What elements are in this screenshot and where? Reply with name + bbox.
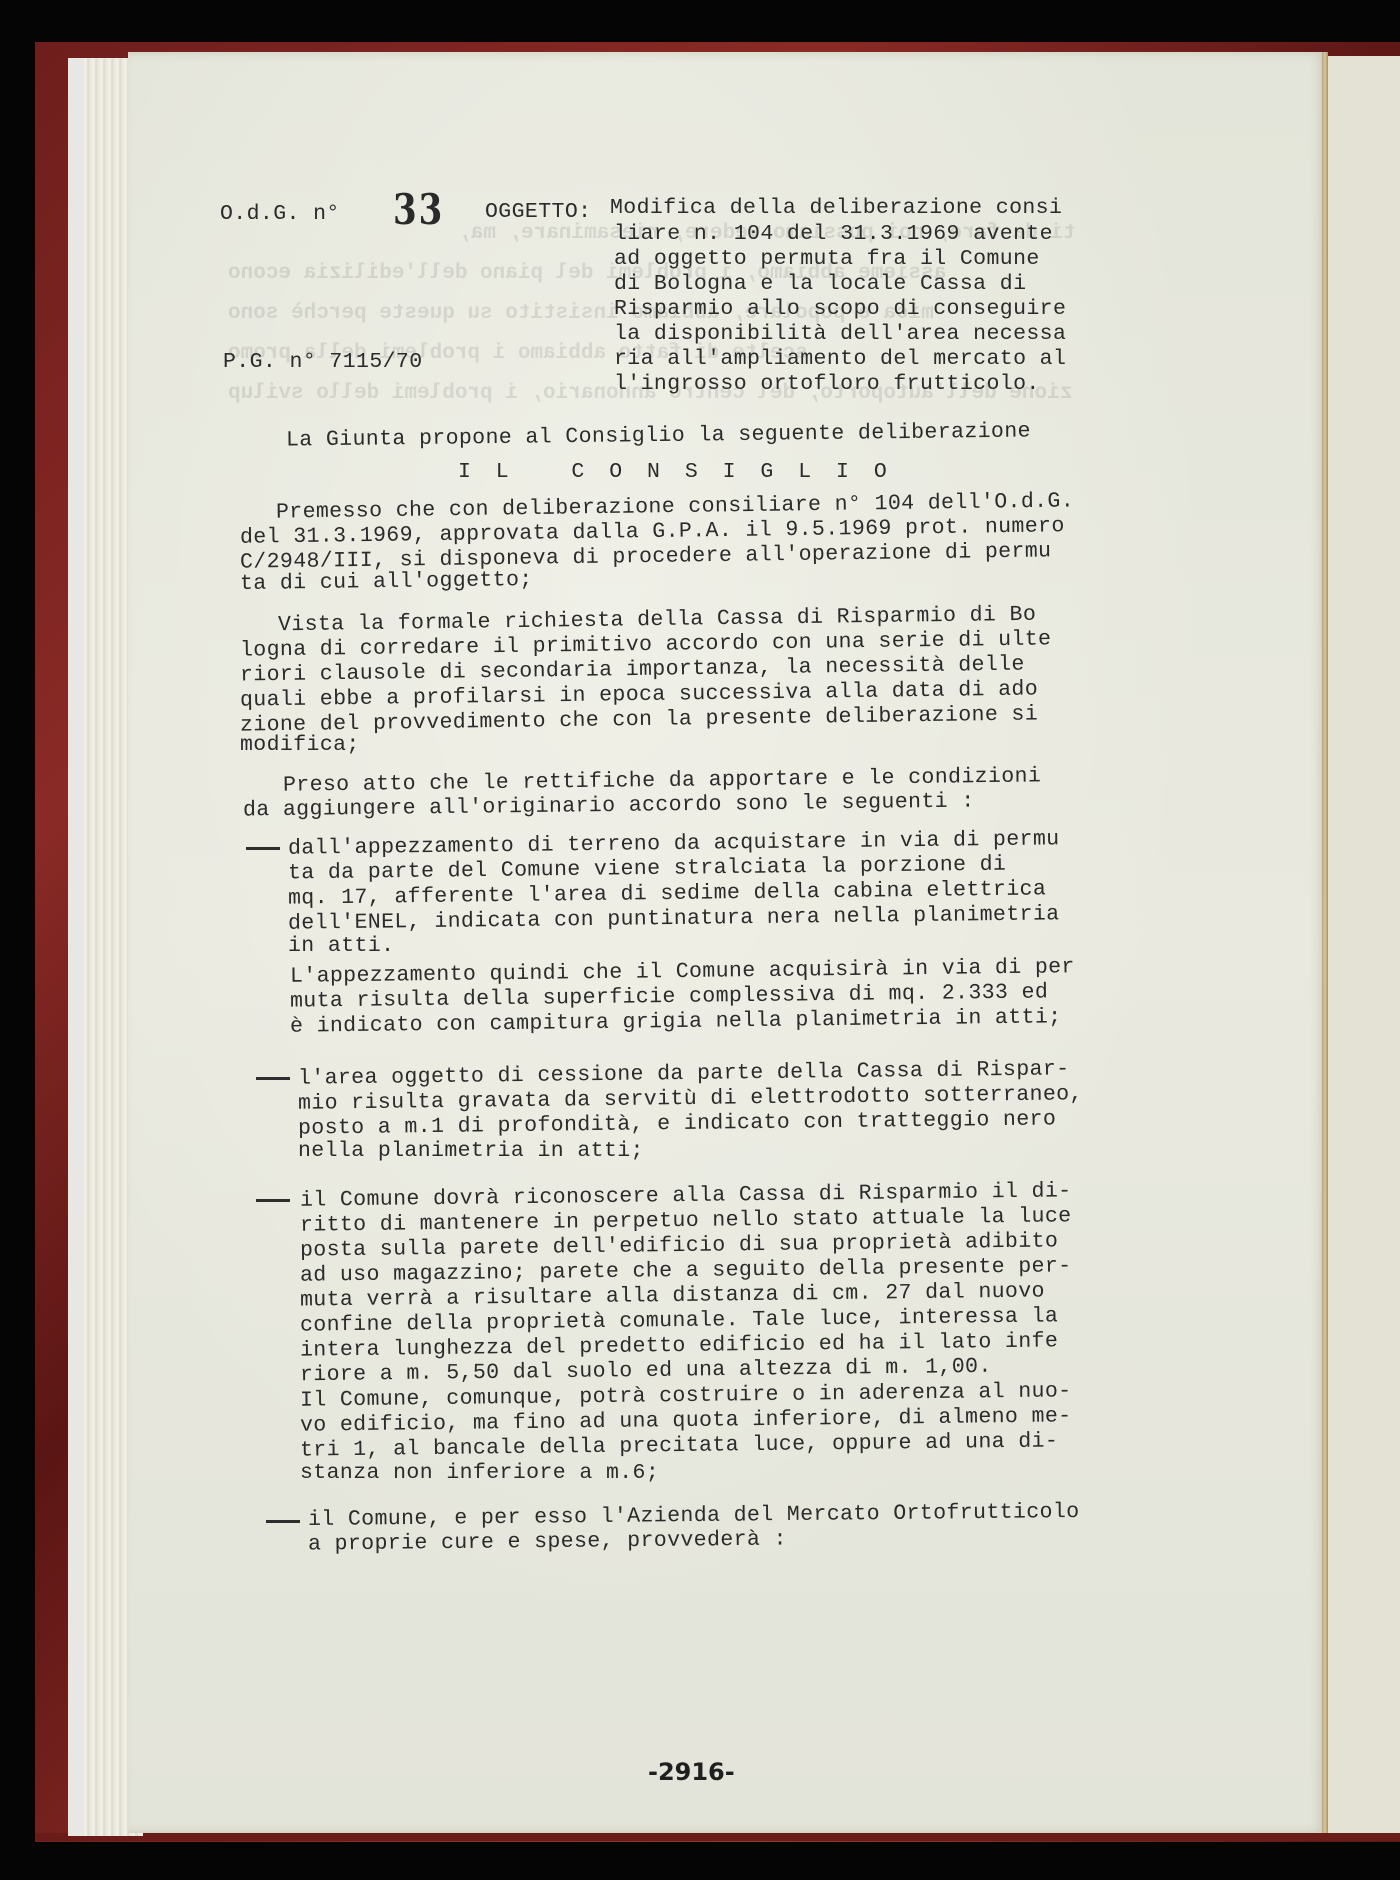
vista-line: modifica;	[240, 733, 360, 757]
bullet-dash	[256, 1199, 290, 1202]
oggetto-line: Risparmio allo scopo di conseguire	[614, 297, 1066, 321]
oggetto-line: ad oggetto permuta fra il Comune	[614, 247, 1040, 271]
page-number: -2916-	[648, 1758, 735, 1786]
item-1-line: in atti.	[288, 934, 394, 958]
book-gutter	[1322, 52, 1328, 1833]
item-2-line: nella planimetria in atti;	[298, 1139, 644, 1163]
bullet-dash	[266, 1520, 300, 1523]
odg-label: O.d.G. n°	[220, 202, 340, 226]
book-cover-edge	[35, 1833, 1400, 1841]
bullet-dash	[246, 847, 280, 850]
odg-number: 33	[393, 185, 444, 235]
facing-page-edge	[1328, 56, 1400, 1833]
oggetto-line: la disponibilità dell'area necessa	[614, 322, 1066, 346]
council-heading: I L C O N S I G L I O	[458, 460, 893, 484]
item-4-line: a proprie cure e spese, provvederà :	[308, 1527, 787, 1556]
premesso-line: ta di cui all'oggetto;	[240, 568, 533, 596]
oggetto-line: di Bologna e la locale Cassa di	[614, 272, 1026, 296]
intro-line: La Giunta propone al Consiglio la seguen…	[286, 419, 1031, 452]
oggetto-line: ria all'ampliamento del mercato al	[614, 347, 1066, 371]
bullet-dash	[256, 1077, 290, 1080]
pg-protocol-number: P.G. n° 7115/70	[223, 350, 423, 374]
oggetto-line: l'ingrosso ortofloro frutticolo.	[614, 372, 1040, 396]
item-4-line: il Comune, e per esso l'Azienda del Merc…	[308, 1500, 1080, 1532]
item-3-line: stanza non inferiore a m.6;	[300, 1461, 659, 1485]
oggetto-label: OGGETTO:	[485, 200, 591, 224]
document-page: ti da fare, noi possiamo vedere, riesami…	[128, 52, 1326, 1833]
oggetto-line: Modifica della deliberazione consi	[610, 196, 1062, 220]
oggetto-line: liare n. 104 del 31.3.1969 avente	[614, 222, 1053, 246]
